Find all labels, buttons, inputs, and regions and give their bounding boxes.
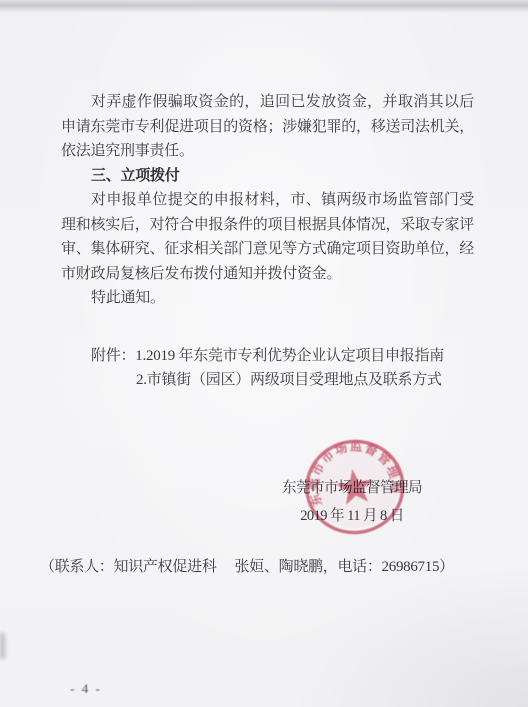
document-page: 对弄虚作假骗取资金的，追回已发放资金，并取消其以后申请东莞市专利促进项目的资格；… xyxy=(0,0,528,707)
contact-line: （联系人：知识产权促进科 张姮、陶晓鹏，电话：26986715） xyxy=(40,555,500,576)
attachments-block: 附件：1.2019 年东莞市专利优势企业认定项目申报指南 2.市镇街（园区）两级… xyxy=(61,344,474,393)
paragraph-penalty: 对弄虚作假骗取资金的，追回已发放资金，并取消其以后申请东莞市专利促进项目的资格；… xyxy=(61,90,474,164)
scan-smudge-left xyxy=(0,633,5,659)
scan-shade-bottom-right xyxy=(288,567,528,707)
scan-edge-top xyxy=(0,0,528,13)
attachment-line-1: 附件：1.2019 年东莞市专利优势企业认定项目申报指南 xyxy=(61,344,474,369)
attachment-item-1: 1.2019 年东莞市专利优势企业认定项目申报指南 xyxy=(135,348,444,364)
page-number: - 4 - xyxy=(58,681,114,697)
section-heading: 三、立项拨付 xyxy=(61,164,474,189)
attachment-item-2: 2.市镇街（园区）两级项目受理地点及联系方式 xyxy=(61,368,474,393)
official-seal-stamp: 东莞市市场监督管理局 xyxy=(302,438,408,538)
attachments-label: 附件： xyxy=(91,348,135,364)
document-body: 对弄虚作假骗取资金的，追回已发放资金，并取消其以后申请东莞市专利促进项目的资格；… xyxy=(61,90,474,393)
paragraph-approval-process: 对申报单位提交的申报材料，市、镇两级市场监管部门受理和核实后，对符合申报条件的项… xyxy=(61,188,474,286)
closing-note: 特此通知。 xyxy=(61,286,474,311)
